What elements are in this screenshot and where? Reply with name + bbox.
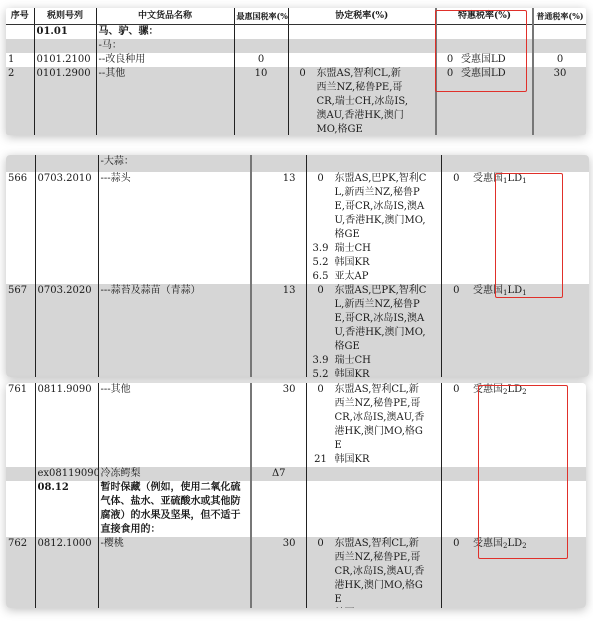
table-row: -大蒜： — [6, 155, 589, 172]
special-label: 受惠国2LD2 — [471, 537, 586, 608]
special-rate: 0 — [441, 172, 471, 284]
general-rate: 30 — [533, 67, 586, 135]
seq: 566 — [6, 172, 35, 284]
table-header: 序号 税则号列 中文货品名称 最惠国税率(%) 协定税率(%) 特惠税率(%) … — [6, 8, 586, 25]
special-label: 受惠国1LD1 — [471, 172, 589, 284]
header-agreement: 协定税率(%) — [288, 8, 436, 25]
mfn-rate: Δ7 — [251, 467, 306, 481]
special-rate: 0 — [441, 284, 471, 377]
table-row: 08.12 暂时保藏（例如，使用二氧化硫气体、盐水、亚硫酸水或其他防腐液）的水果… — [6, 481, 586, 537]
special-rate: 0 — [441, 383, 471, 467]
goods-name: -马： — [96, 39, 234, 53]
header-seq: 序号 — [6, 8, 34, 25]
tariff-table-3: 761 0811.9090 ---其他 30 0东盟AS,智利CL,新西兰NZ,… — [6, 383, 586, 608]
goods-name: -樱桃 — [98, 537, 251, 608]
tariff-table-2: -大蒜： 566 0703.2010 ---蒜头 13 0东盟AS,巴PK,智利… — [6, 155, 589, 377]
special-rate: 0 — [441, 537, 471, 608]
special-label: 受惠国1LD1 — [471, 284, 589, 377]
special-label: 受惠国2LD2 — [471, 383, 586, 467]
header-special: 特惠税率(%) — [436, 8, 533, 25]
table-row: 2 0101.2900 --其他 10 0东盟AS,智利CL,新西兰NZ,秘鲁P… — [6, 67, 586, 135]
special-rate: 0 — [439, 67, 461, 81]
mfn-rate: 30 — [251, 537, 306, 608]
header-mfn: 最惠国税率(%) — [234, 8, 288, 25]
mfn-rate: 13 — [251, 284, 306, 377]
table-row: 01.01 马、驴、骡： — [6, 25, 586, 40]
goods-name: 冷冻鳄梨 — [98, 467, 251, 481]
header-code: 税则号列 — [34, 8, 96, 25]
tariff-table-panel-1: 序号 税则号列 中文货品名称 最惠国税率(%) 协定税率(%) 特惠税率(%) … — [6, 8, 586, 135]
special-label: 受惠国LD — [461, 67, 506, 81]
seq: 762 — [6, 537, 35, 608]
table-row: 1 0101.2100 --改良种用 0 0受惠国LD 0 — [6, 53, 586, 67]
goods-name: 暂时保藏（例如，使用二氧化硫气体、盐水、亚硫酸水或其他防腐液）的水果及坚果，但不… — [98, 481, 251, 537]
seq: 761 — [6, 383, 35, 467]
code: 0101.2100 — [34, 53, 96, 67]
goods-name: -大蒜： — [98, 155, 251, 172]
goods-name: ---蒜头 — [98, 172, 251, 284]
table-row: -马： — [6, 39, 586, 53]
code: 0812.1000 — [35, 537, 98, 608]
table-row: 762 0812.1000 -樱桃 30 0东盟AS,智利CL,新西兰NZ,秘鲁… — [6, 537, 586, 608]
goods-name: ---蒜苔及蒜苗（青蒜） — [98, 284, 251, 377]
tariff-table-1: 序号 税则号列 中文货品名称 最惠国税率(%) 协定税率(%) 特惠税率(%) … — [6, 8, 586, 135]
header-name: 中文货品名称 — [96, 8, 234, 25]
code: 0811.9090 — [35, 383, 98, 467]
code: 0101.2900 — [34, 67, 96, 135]
code: 0703.2020 — [35, 284, 98, 377]
table-row: ex08119090 冷冻鳄梨 Δ7 — [6, 467, 586, 481]
code: 01.01 — [34, 25, 96, 40]
table-row: 567 0703.2020 ---蒜苔及蒜苗（青蒜） 13 0东盟AS,巴PK,… — [6, 284, 589, 377]
code: ex08119090 — [35, 467, 98, 481]
special-rate: 0 — [439, 53, 461, 67]
goods-name: --改良种用 — [96, 53, 234, 67]
header-general: 普通税率(%) — [533, 8, 586, 25]
tariff-table-panel-2: -大蒜： 566 0703.2010 ---蒜头 13 0东盟AS,巴PK,智利… — [6, 155, 589, 377]
goods-name: ---其他 — [98, 383, 251, 467]
goods-name: 马、驴、骡： — [96, 25, 234, 40]
seq: 1 — [6, 53, 34, 67]
goods-name: --其他 — [96, 67, 234, 135]
code: 0703.2010 — [35, 172, 98, 284]
mfn-rate: 10 — [234, 67, 288, 135]
special-label: 受惠国LD — [461, 53, 506, 67]
table-row: 566 0703.2010 ---蒜头 13 0东盟AS,巴PK,智利CL,新西… — [6, 172, 589, 284]
code: 08.12 — [35, 481, 98, 537]
seq: 567 — [6, 284, 35, 377]
mfn-rate: 30 — [251, 383, 306, 467]
seq: 2 — [6, 67, 34, 135]
mfn-rate: 13 — [251, 172, 306, 284]
tariff-table-panel-3: 761 0811.9090 ---其他 30 0东盟AS,智利CL,新西兰NZ,… — [6, 383, 586, 608]
general-rate: 0 — [533, 53, 586, 67]
mfn-rate: 0 — [234, 53, 288, 67]
table-row: 761 0811.9090 ---其他 30 0东盟AS,智利CL,新西兰NZ,… — [6, 383, 586, 467]
